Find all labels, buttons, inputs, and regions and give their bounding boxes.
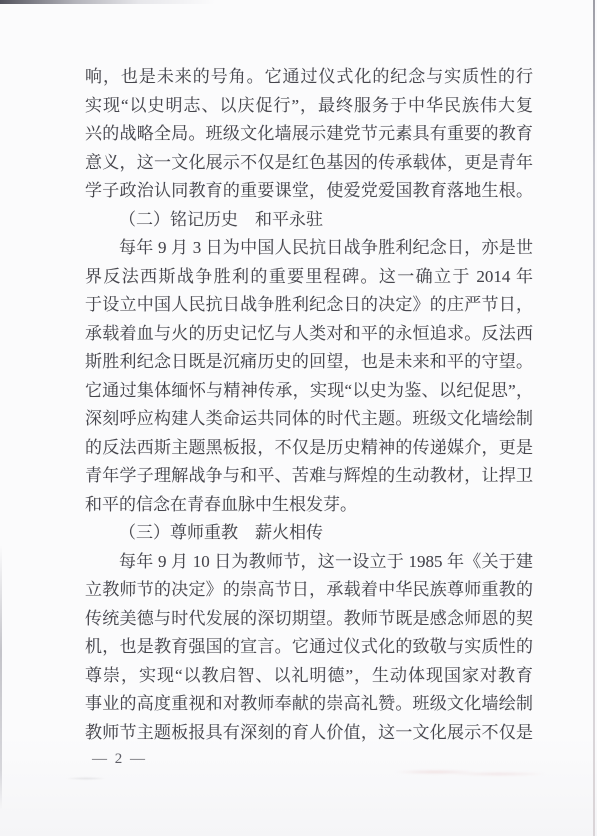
text-line: 于设立中国人民抗日战争胜利纪念日的决定》的庄严节日，: [85, 291, 533, 320]
scan-right-edge-artifact: [593, 0, 595, 836]
section-heading: （三）尊师重教 薪火相传: [85, 519, 533, 548]
text-line: 学子政治认同教育的重要课堂，使爱党爱国教育落地生根。: [85, 177, 533, 206]
text-line: 它通过集体缅怀与精神传承，实现“以史为鉴、以纪促思”，: [85, 377, 533, 406]
text-line: 承载着血与火的历史记忆与人类对和平的永恒追求。反法西: [85, 320, 533, 349]
text-line: 意义，这一文化展示不仅是红色基因的传承载体，更是青年: [85, 149, 533, 178]
section-heading: （二）铭记历史 和平永驻: [85, 206, 533, 235]
ink-smudge-artifact: [58, 776, 114, 781]
text-line: 每年 9 月 10 日为教师节，这一设立于 1985 年《关于建: [85, 548, 533, 577]
text-line: 尊崇，实现“以教启智、以礼明德”，生动体现国家对教育: [85, 662, 533, 691]
page-number: — 2 —: [92, 751, 147, 768]
scan-top-edge-artifact: [0, 0, 215, 4]
text-line: 立教师节的决定》的崇高节日，承载着中华民族尊师重教的: [85, 576, 533, 605]
text-line: 深刻呼应构建人类命运共同体的时代主题。班级文化墙绘制: [85, 405, 533, 434]
text-line: 界反法西斯战争胜利的重要里程碑。这一确立于 2014 年《关: [85, 263, 533, 292]
scanned-document-page: 响，也是未来的号角。它通过仪式化的纪念与实质性的行动，实现“以史明志、以庆促行”…: [0, 0, 597, 836]
text-line: 机，也是教育强国的宣言。它通过仪式化的致敬与实质性的: [85, 633, 533, 662]
text-line: 事业的高度重视和对教师奉献的崇高礼赞。班级文化墙绘制: [85, 690, 533, 719]
document-body: 响，也是未来的号角。它通过仪式化的纪念与实质性的行动，实现“以史明志、以庆促行”…: [85, 63, 533, 747]
ink-smudge-artifact: [388, 768, 546, 778]
text-line: 响，也是未来的号角。它通过仪式化的纪念与实质性的行动，: [85, 63, 533, 92]
text-line: 青年学子理解战争与和平、苦难与辉煌的生动教材，让捍卫: [85, 462, 533, 491]
text-line: 教师节主题板报具有深刻的育人价值，这一文化展示不仅是: [85, 719, 533, 748]
text-line: 斯胜利纪念日既是沉痛历史的回望，也是未来和平的守望。: [85, 348, 533, 377]
text-line: 每年 9 月 3 日为中国人民抗日战争胜利纪念日，亦是世: [85, 234, 533, 263]
text-line: 实现“以史明志、以庆促行”，最终服务于中华民族伟大复: [85, 92, 533, 121]
text-line: 的反法西斯主题黑板报，不仅是历史精神的传递媒介，更是: [85, 434, 533, 463]
text-line: 传统美德与时代发展的深切期望。教师节既是感念师恩的契: [85, 605, 533, 634]
scan-left-edge-artifact: [0, 545, 2, 810]
text-line: 和平的信念在青春血脉中生根发芽。: [85, 491, 533, 520]
text-line: 兴的战略全局。班级文化墙展示建党节元素具有重要的教育: [85, 120, 533, 149]
